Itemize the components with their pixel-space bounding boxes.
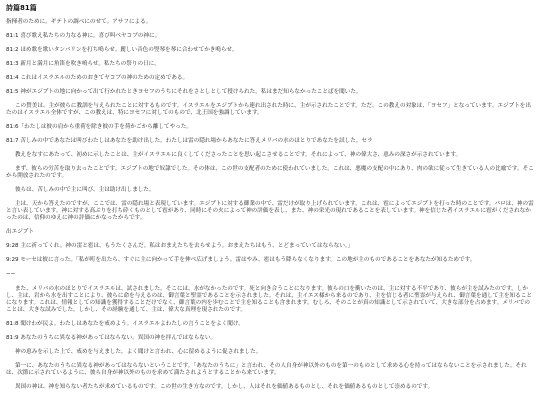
commentary-paragraph: 主は、天から答えたのですが、ここでは、雷の隠れ場と表現しています。エジプトに対す…	[6, 201, 534, 222]
commentary-paragraph: この賛美は、主が彼らに教訓を与えられたことに対するものです。イスラエルをエジプト…	[6, 103, 534, 117]
commentary-paragraph: 彼らは、苦しみの中で主に叫び、主は助け出しました。	[6, 187, 534, 194]
verse-paragraph: 81:5 神がエジプトの地に向かって出て行かれたときヨセフのうちにそれをさとしと…	[6, 89, 534, 96]
commentary-paragraph: また、メリバの水のほとりでイスラエルは、試されました。そこには、水がなかったので…	[6, 286, 534, 314]
verse-paragraph: 81:7 苦しみの中であなたは叫びわたしはあなたを助け出した。わたしは雷の隠れ場…	[6, 138, 534, 145]
commentary-paragraph: まず、彼らの労苦を取り去ったことです。エジプトの地で奴隷でした。その体は、この世…	[6, 166, 534, 180]
verse-paragraph: 指揮者のために。ギテトの調べにのせて。アサフによる。	[6, 19, 534, 26]
document-body: 指揮者のために。ギテトの調べにのせて。アサフによる。81:1 喜び歌え私たちの力…	[6, 19, 534, 391]
verse-paragraph: 81:3 新月と満月に角笛を吹き鳴らせ。私たちの祭りの日に。	[6, 61, 534, 68]
verse-paragraph: 9:29 モーセは彼に言った。「私が町を出たら、すぐに主に向かって手を伸べ広げま…	[6, 257, 534, 264]
commentary-paragraph: 神の恵みを示した上で、戒めを与えました。よく聞けと言われ、心に留めるように促され…	[6, 349, 534, 356]
verse-paragraph: 81:4 これはイスラエルのためのおきてヤコブの神のための定めである。	[6, 75, 534, 82]
commentary-paragraph: 異国の神は、神を知らない者たちが求めているものです。この世の生き方なのです。しか…	[6, 384, 534, 391]
verse-paragraph: 81:1 喜び歌え私たちの力なる神に。喜び叫べヤコブの神に。	[6, 33, 534, 40]
separator: −−	[6, 271, 534, 278]
verse-paragraph: 9:28 主に祈ってくれ。神の雷と雹は、もうたくさんだ。私はおまえたちを去らせよ…	[6, 243, 534, 250]
verse-paragraph: 81:2 ほめ歌を歌いタンバリンを打ち鳴らせ。麗しい音色の竪琴を琴に合わせてかき…	[6, 47, 534, 54]
verse-paragraph: 出エジプト	[6, 229, 534, 236]
verse-paragraph: 81:6「わたしは彼の肩から重荷を除き彼の手を荷かごから離してやった。	[6, 124, 534, 131]
commentary-paragraph: 教えをなすにあたって、初めに示したことは、主がイスラエルに良くしてくださったこと…	[6, 152, 534, 159]
verse-paragraph: 81:9 あなたのうちに異なる神があってはならない。異国の神を拝んではならない。	[6, 335, 534, 342]
verse-paragraph: 81:8 聞けわが民よ。わたしはあなたを戒めよう。イスラエルよわたしの言うことを…	[6, 321, 534, 328]
document-page: 詩篇81篇 指揮者のために。ギテトの調べにのせて。アサフによる。81:1 喜び歌…	[0, 0, 540, 391]
commentary-paragraph: 第一に、あなたのうちに異なる神があってはならないということです。「あなたのうちに…	[6, 363, 534, 377]
page-title: 詩篇81篇	[6, 4, 534, 13]
